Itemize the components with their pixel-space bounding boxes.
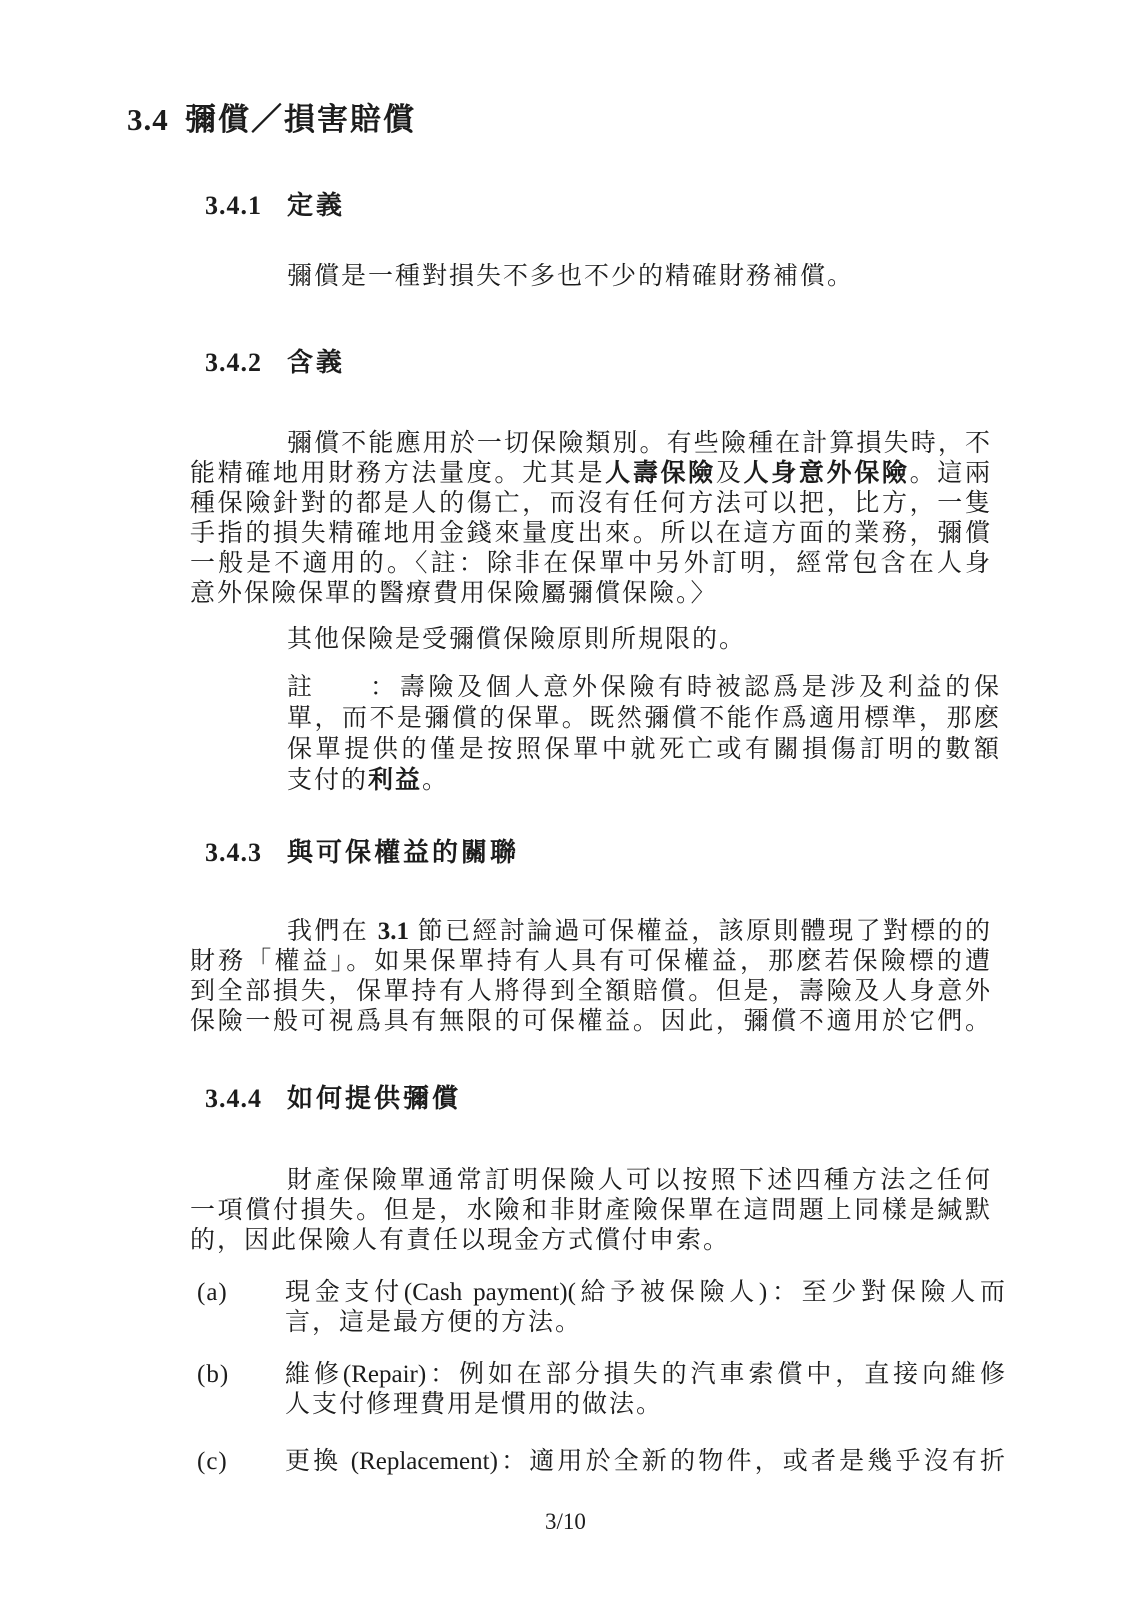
text-run: 。這兩 — [910, 460, 990, 487]
text-run: 節已經討論過可保權益，該原則體現了對標的的 — [409, 918, 990, 945]
list-item-label: (a) — [197, 1278, 285, 1338]
paragraph-insurable-interest: 我們在 3.1 節已經討論過可保權益，該原則體現了對標的的 財務「權益」。如果保… — [190, 917, 990, 1037]
paragraph-definition: 彌償是一種對損失不多也不少的精確財務補償。 — [287, 262, 1131, 292]
paragraph-line: 我們在 3.1 節已經討論過可保權益，該原則體現了對標的的 — [190, 917, 990, 947]
paragraph-line: 彌償不能應用於一切保險類別。有些險種在計算損失時，不 — [190, 429, 990, 459]
paragraph-line: 意外保險保單的醫療費用保險屬彌償保險。〉 — [190, 579, 990, 609]
note-line: 註：壽險及個人意外保險有時被認爲是涉及利益的保 — [287, 672, 1000, 703]
paragraph-line: 一般是不適用的。〈註：除非在保單中另外訂明，經常包含在人身 — [190, 549, 990, 579]
page-number: 3/10 — [0, 1509, 1131, 1535]
list-item-body: 現金支付(Cash payment)(給予被保險人)：至少對保險人而 言，這是最… — [285, 1278, 1005, 1338]
paragraph-line: 手指的損失精確地用金錢來量度出來。所以在這方面的業務，彌償 — [190, 519, 990, 549]
section-heading-344: 3.4.4如何提供彌償 — [205, 1083, 1131, 1115]
list-item-line: 言，這是最方便的方法。 — [285, 1308, 1005, 1338]
section-title: 定義 — [287, 191, 345, 220]
note-line: 支付的利益。 — [287, 765, 1000, 796]
text-run: 壽險及個人意外保險有時被認爲是涉及利益的保 — [397, 674, 1000, 701]
list-item-body: 維修(Repair)：例如在部分損失的汽車索償中，直接向維修 人支付修理費用是慣… — [285, 1360, 1005, 1420]
bold-section-ref: 3.1 — [378, 918, 409, 945]
section-number: 3.4.3 — [205, 837, 287, 869]
text-run: 支付的 — [287, 767, 368, 794]
note-line: 單，而不是彌償的保單。既然彌償不能作爲適用標準，那麽 — [287, 703, 1000, 734]
paragraph-line: 保險一般可視爲具有無限的可保權益。因此，彌償不適用於它們。 — [190, 1007, 990, 1037]
paragraph-line: 的，因此保險人有責任以現金方式償付申索。 — [190, 1226, 990, 1256]
list-item-label: (b) — [197, 1360, 285, 1420]
chapter-title: 彌償／損害賠償 — [185, 102, 416, 137]
text-run: 我們在 — [287, 918, 378, 945]
chapter-number: 3.4 — [127, 102, 185, 138]
section-title: 如何提供彌償 — [287, 1084, 461, 1113]
list-item-repair: (b) 維修(Repair)：例如在部分損失的汽車索償中，直接向維修 人支付修理… — [197, 1360, 1131, 1420]
bold-term-benefit: 利益 — [368, 767, 422, 794]
paragraph-meaning: 彌償不能應用於一切保險類別。有些險種在計算損失時，不 能精確地用財務方法量度。尤… — [190, 429, 990, 609]
section-title: 與可保權益的關聯 — [287, 838, 519, 867]
paragraph-line: 一項償付損失。但是，水險和非財產險保單在這問題上同樣是緘默 — [190, 1196, 990, 1226]
list-item-line: 現金支付(Cash payment)(給予被保險人)：至少對保險人而 — [285, 1278, 1005, 1308]
method-list: (a) 現金支付(Cash payment)(給予被保險人)：至少對保險人而 言… — [197, 1278, 1131, 1477]
bold-term-personal-accident-insurance: 人身意外保險 — [744, 460, 910, 487]
list-item-body: 更換 (Replacement)：適用於全新的物件，或者是幾乎沒有折 — [285, 1447, 1005, 1477]
section-title: 含義 — [287, 348, 345, 377]
section-number: 3.4.1 — [205, 190, 287, 222]
note-block: 註：壽險及個人意外保險有時被認爲是涉及利益的保 單，而不是彌償的保單。既然彌償不… — [287, 672, 1000, 796]
text-run: 。 — [422, 767, 449, 794]
list-item-line: 更換 (Replacement)：適用於全新的物件，或者是幾乎沒有折 — [285, 1447, 1005, 1477]
section-number: 3.4.2 — [205, 347, 287, 379]
list-item-replacement: (c) 更換 (Replacement)：適用於全新的物件，或者是幾乎沒有折 — [197, 1447, 1131, 1477]
section-number: 3.4.4 — [205, 1083, 287, 1115]
note-label: 註： — [287, 672, 397, 703]
list-item-line: 維修(Repair)：例如在部分損失的汽車索償中，直接向維修 — [285, 1360, 1005, 1390]
bold-term-life-insurance: 人壽保險 — [605, 460, 716, 487]
section-heading-343: 3.4.3與可保權益的關聯 — [205, 837, 1131, 869]
list-item-label: (c) — [197, 1447, 285, 1477]
paragraph-line: 能精確地用財務方法量度。尤其是人壽保險及人身意外保險。這兩 — [190, 459, 990, 489]
document-page: 3.4彌償／損害賠償 3.4.1定義 彌償是一種對損失不多也不少的精確財務補償。… — [0, 0, 1131, 1600]
text-run: 能精確地用財務方法量度。尤其是 — [190, 460, 605, 487]
chapter-heading: 3.4彌償／損害賠償 — [127, 102, 1131, 138]
list-item-line: 人支付修理費用是慣用的做法。 — [285, 1390, 1005, 1420]
section-heading-342: 3.4.2含義 — [205, 347, 1131, 379]
paragraph-how-indemnity: 財產保險單通常訂明保險人可以按照下述四種方法之任何 一項償付損失。但是，水險和非… — [190, 1166, 990, 1256]
paragraph-line: 到全部損失，保單持有人將得到全額賠償。但是，壽險及人身意外 — [190, 977, 990, 1007]
list-item-cash-payment: (a) 現金支付(Cash payment)(給予被保險人)：至少對保險人而 言… — [197, 1278, 1131, 1338]
paragraph-other-insurance: 其他保險是受彌償保險原則所規限的。 — [287, 625, 1131, 655]
text-run: 及 — [716, 460, 744, 487]
note-line: 保單提供的僅是按照保單中就死亡或有關損傷訂明的數額 — [287, 734, 1000, 765]
section-heading-341: 3.4.1定義 — [205, 190, 1131, 222]
paragraph-line: 種保險針對的都是人的傷亡，而沒有任何方法可以把，比方，一隻 — [190, 489, 990, 519]
paragraph-line: 財產保險單通常訂明保險人可以按照下述四種方法之任何 — [190, 1166, 990, 1196]
paragraph-line: 財務「權益」。如果保單持有人具有可保權益，那麽若保險標的遭 — [190, 947, 990, 977]
